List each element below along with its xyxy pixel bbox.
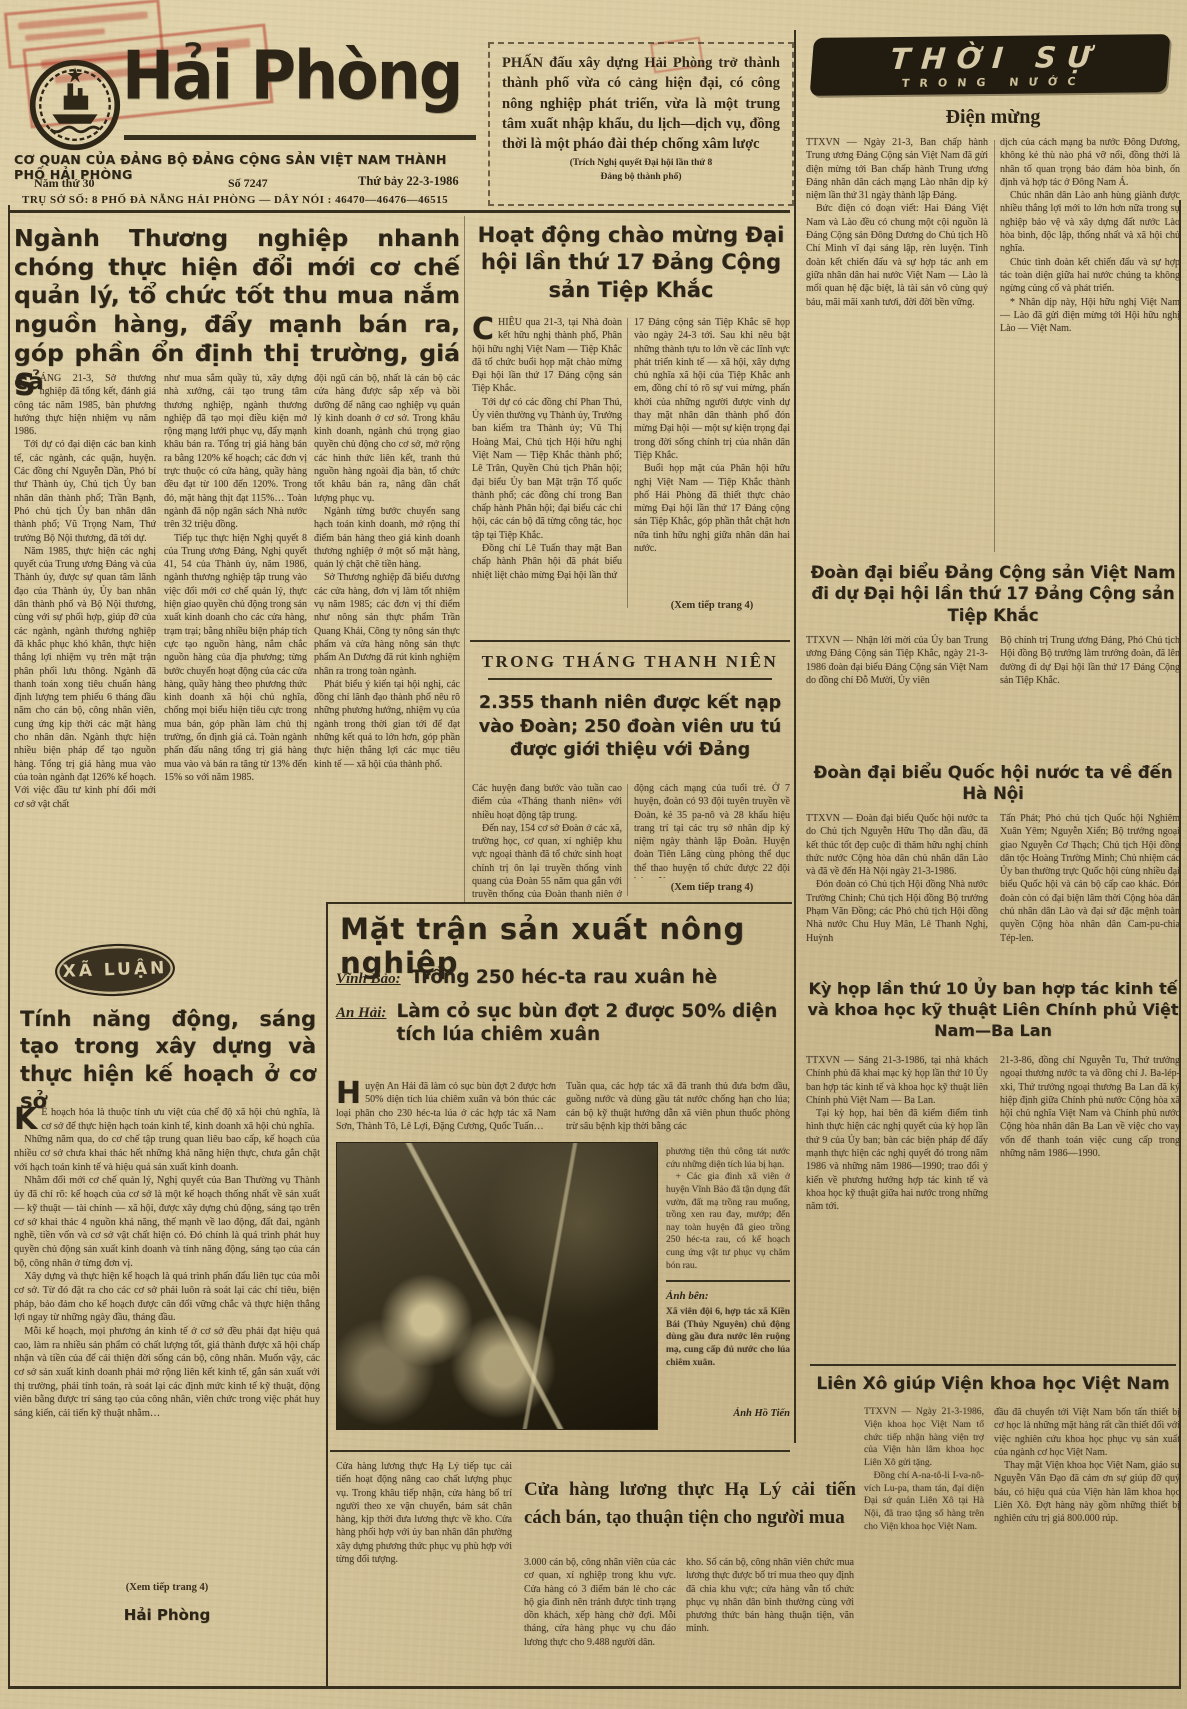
editorial-continued: (Xem tiếp trang 4)	[14, 1582, 320, 1593]
agri-col-b: Tuần qua, các hợp tác xã đã tranh thủ đư…	[566, 1080, 790, 1138]
store-top-rule	[330, 1450, 790, 1452]
agri-top-rule	[326, 902, 792, 904]
greeting-col-b: 17 Đảng cộng sản Tiệp Khắc sẽ họp vào ng…	[634, 316, 790, 592]
agri-item2-headline: Làm cỏ sục bùn đợt 2 được 50% diện tích …	[396, 1000, 790, 1046]
lead-col-3: đội ngũ cán bộ, nhất là cán bộ các cửa h…	[314, 372, 460, 900]
session-col-a: TTXVN — Sáng 21-3-1986, tại nhà khách Ch…	[806, 1054, 988, 1360]
paper-title: Hải Phòng	[122, 36, 482, 115]
telegram-col-a: TTXVN — Ngày 21-3, Ban chấp hành Trung ư…	[806, 136, 988, 556]
ussr-col-a: TTXVN — Ngày 21-3-1986, Viện khoa học Vi…	[864, 1406, 984, 1680]
party-delegation-col-b: Bộ chính trị Trung ương Đảng, Phó Chủ tị…	[1000, 634, 1180, 754]
ussr-col-b: đầu đã chuyển tới Việt Nam bốn tấn thiết…	[994, 1406, 1180, 1680]
greeting-headline: Hoạt động chào mừng Đại hội lần thứ 17 Đ…	[472, 222, 790, 304]
motto-box: PHẤN đấu xây dựng Hải Phòng trở thành th…	[488, 42, 794, 206]
agri-item2-place: An Hải:	[336, 1005, 386, 1022]
right-column-divider	[794, 30, 796, 1443]
session-col-b: 21-3-86, đồng chí Nguyễn Tu, Thứ trưởng …	[1000, 1054, 1180, 1360]
editorial-signature: Hải Phòng	[14, 1606, 320, 1624]
editorial-badge: XÃ LUẬN	[54, 942, 176, 998]
title-underline	[124, 135, 476, 140]
photo-field-irrigation	[336, 1142, 658, 1430]
telegram-gutter-rule	[994, 140, 995, 552]
agri-col-c: phương tiện thủ công tát nước cứu những …	[666, 1146, 790, 1274]
agri-item-2: An Hải: Làm cỏ sục bùn đợt 2 được 50% di…	[336, 1000, 790, 1046]
agri-item1-place: Vĩnh Bảo:	[336, 971, 401, 988]
banner-line1: THỜI SỰ	[878, 40, 1103, 76]
youth-headline: 2.355 thanh niên được kết nạp vào Đoàn; …	[470, 692, 790, 763]
youth-continued: (Xem tiếp trang 4)	[634, 882, 790, 893]
editorial-body: KẾ hoạch hóa là thuộc tính ưu việt của c…	[14, 1106, 320, 1574]
newspaper-page: Hải Phòng CƠ QUAN CỦA ĐẢNG BỘ ĐẢNG CỘNG …	[0, 0, 1187, 1709]
caption-rule	[666, 1280, 790, 1282]
motto-attribution: (Trích Nghị quyết Đại hội lần thứ 8 Đảng…	[502, 157, 780, 184]
assembly-headline: Đoàn đại biểu Quốc hội nước ta về đến Hà…	[806, 762, 1180, 805]
greeting-continued: (Xem tiếp trang 4)	[634, 600, 790, 611]
banner-line2: TRONG NƯỚC	[891, 75, 1086, 90]
party-delegation-headline: Đoàn đại biểu Đảng Cộng sản Việt Nam đi …	[806, 562, 1180, 626]
youth-kicker-underline	[488, 678, 772, 680]
assembly-col-a: TTXVN — Đoàn đại biểu Quốc hội nước ta d…	[806, 812, 988, 968]
news-banner: THỜI SỰ TRONG NƯỚC	[810, 34, 1171, 96]
lead-headline: Ngành Thương nghiệp nhanh chóng thực hiệ…	[14, 224, 460, 396]
masthead: Hải Phòng CƠ QUAN CỦA ĐẢNG BỘ ĐẢNG CỘNG …	[0, 0, 480, 212]
youth-kicker: TRONG THÁNG THANH NIÊN	[470, 652, 790, 672]
store-lead-col: Cửa hàng lương thực Hạ Lý tiếp tục cải t…	[336, 1460, 512, 1684]
issue-label: Số 7247	[228, 176, 268, 191]
lead-col-2: như mua sắm quầy tủ, xây dựng nhà xưởng,…	[164, 372, 307, 900]
year-label: Năm thứ 30	[34, 176, 95, 191]
greeting-gutter-rule	[627, 318, 628, 608]
session-headline: Kỳ họp lần thứ 10 Ủy ban hợp tác kinh tế…	[806, 978, 1180, 1041]
left-border	[8, 205, 10, 1688]
city-emblem-icon	[28, 58, 122, 152]
youth-gutter-rule	[627, 784, 628, 896]
motto-text: PHẤN đấu xây dựng Hải Phòng trở thành th…	[502, 55, 780, 152]
photo-caption-label: Ảnh bên:	[666, 1290, 790, 1302]
youth-col-b: động cách mạng của tuổi trẻ. Ở 7 huyện, …	[634, 782, 790, 878]
assembly-col-b: Tấn Phát; Phó chủ tịch Quốc hội Nghiêm X…	[1000, 812, 1180, 968]
address-line: TRỤ SỞ SỐ: 8 PHỐ ĐÀ NẴNG HẢI PHÒNG — DÂY…	[22, 194, 482, 206]
photo-credit: Ảnh Hồ Tiến	[666, 1408, 790, 1419]
photo-caption: Xã viên đội 6, hợp tác xã Kiền Bái (Thủy…	[666, 1306, 790, 1406]
agri-item-1: Vĩnh Bảo: Trồng 250 héc-ta rau xuân hè	[336, 966, 790, 989]
telegram-col-b: dịch của cách mạng ba nước Đông Dương, k…	[1000, 136, 1180, 556]
agri-col-a: Huyện An Hải đã làm cỏ sục bùn đợt 2 đượ…	[336, 1080, 556, 1138]
store-headline: Cửa hàng lương thực Hạ Lý cải tiến cách …	[524, 1476, 856, 1531]
store-col-b: kho. Số cán bộ, công nhân viên chức mua …	[686, 1556, 854, 1684]
date-label: Thứ bảy 22-3-1986	[358, 174, 459, 189]
youth-col-a: Các huyện đang bước vào tuần cao điểm củ…	[472, 782, 622, 898]
agri-item1-headline: Trồng 250 héc-ta rau xuân hè	[411, 966, 790, 989]
greeting-col-a: CHIỀU qua 21-3, tại Nhà đoàn kết hữu ngh…	[472, 316, 622, 612]
masthead-divider	[10, 210, 790, 213]
bottom-border	[8, 1686, 1181, 1689]
ussr-top-rule	[810, 1364, 1176, 1366]
youth-box-top-rule	[470, 640, 790, 642]
telegram-title: Điện mừng	[806, 106, 1180, 129]
center-column-divider	[464, 216, 465, 902]
party-delegation-col-a: TTXVN — Nhận lời mời của Ủy ban Trung ươ…	[806, 634, 988, 754]
ussr-headline: Liên Xô giúp Viện khoa học Việt Nam	[806, 1374, 1180, 1394]
editorial-headline: Tính năng động, sáng tạo trong xây dựng …	[20, 1006, 316, 1115]
lead-col-1: SÁNG 21-3, Sở thương nghiệp đã tổng kết,…	[14, 372, 156, 900]
store-col-a: 3.000 cán bộ, công nhân viên của các cơ …	[524, 1556, 676, 1684]
agri-left-rule	[326, 902, 328, 1688]
